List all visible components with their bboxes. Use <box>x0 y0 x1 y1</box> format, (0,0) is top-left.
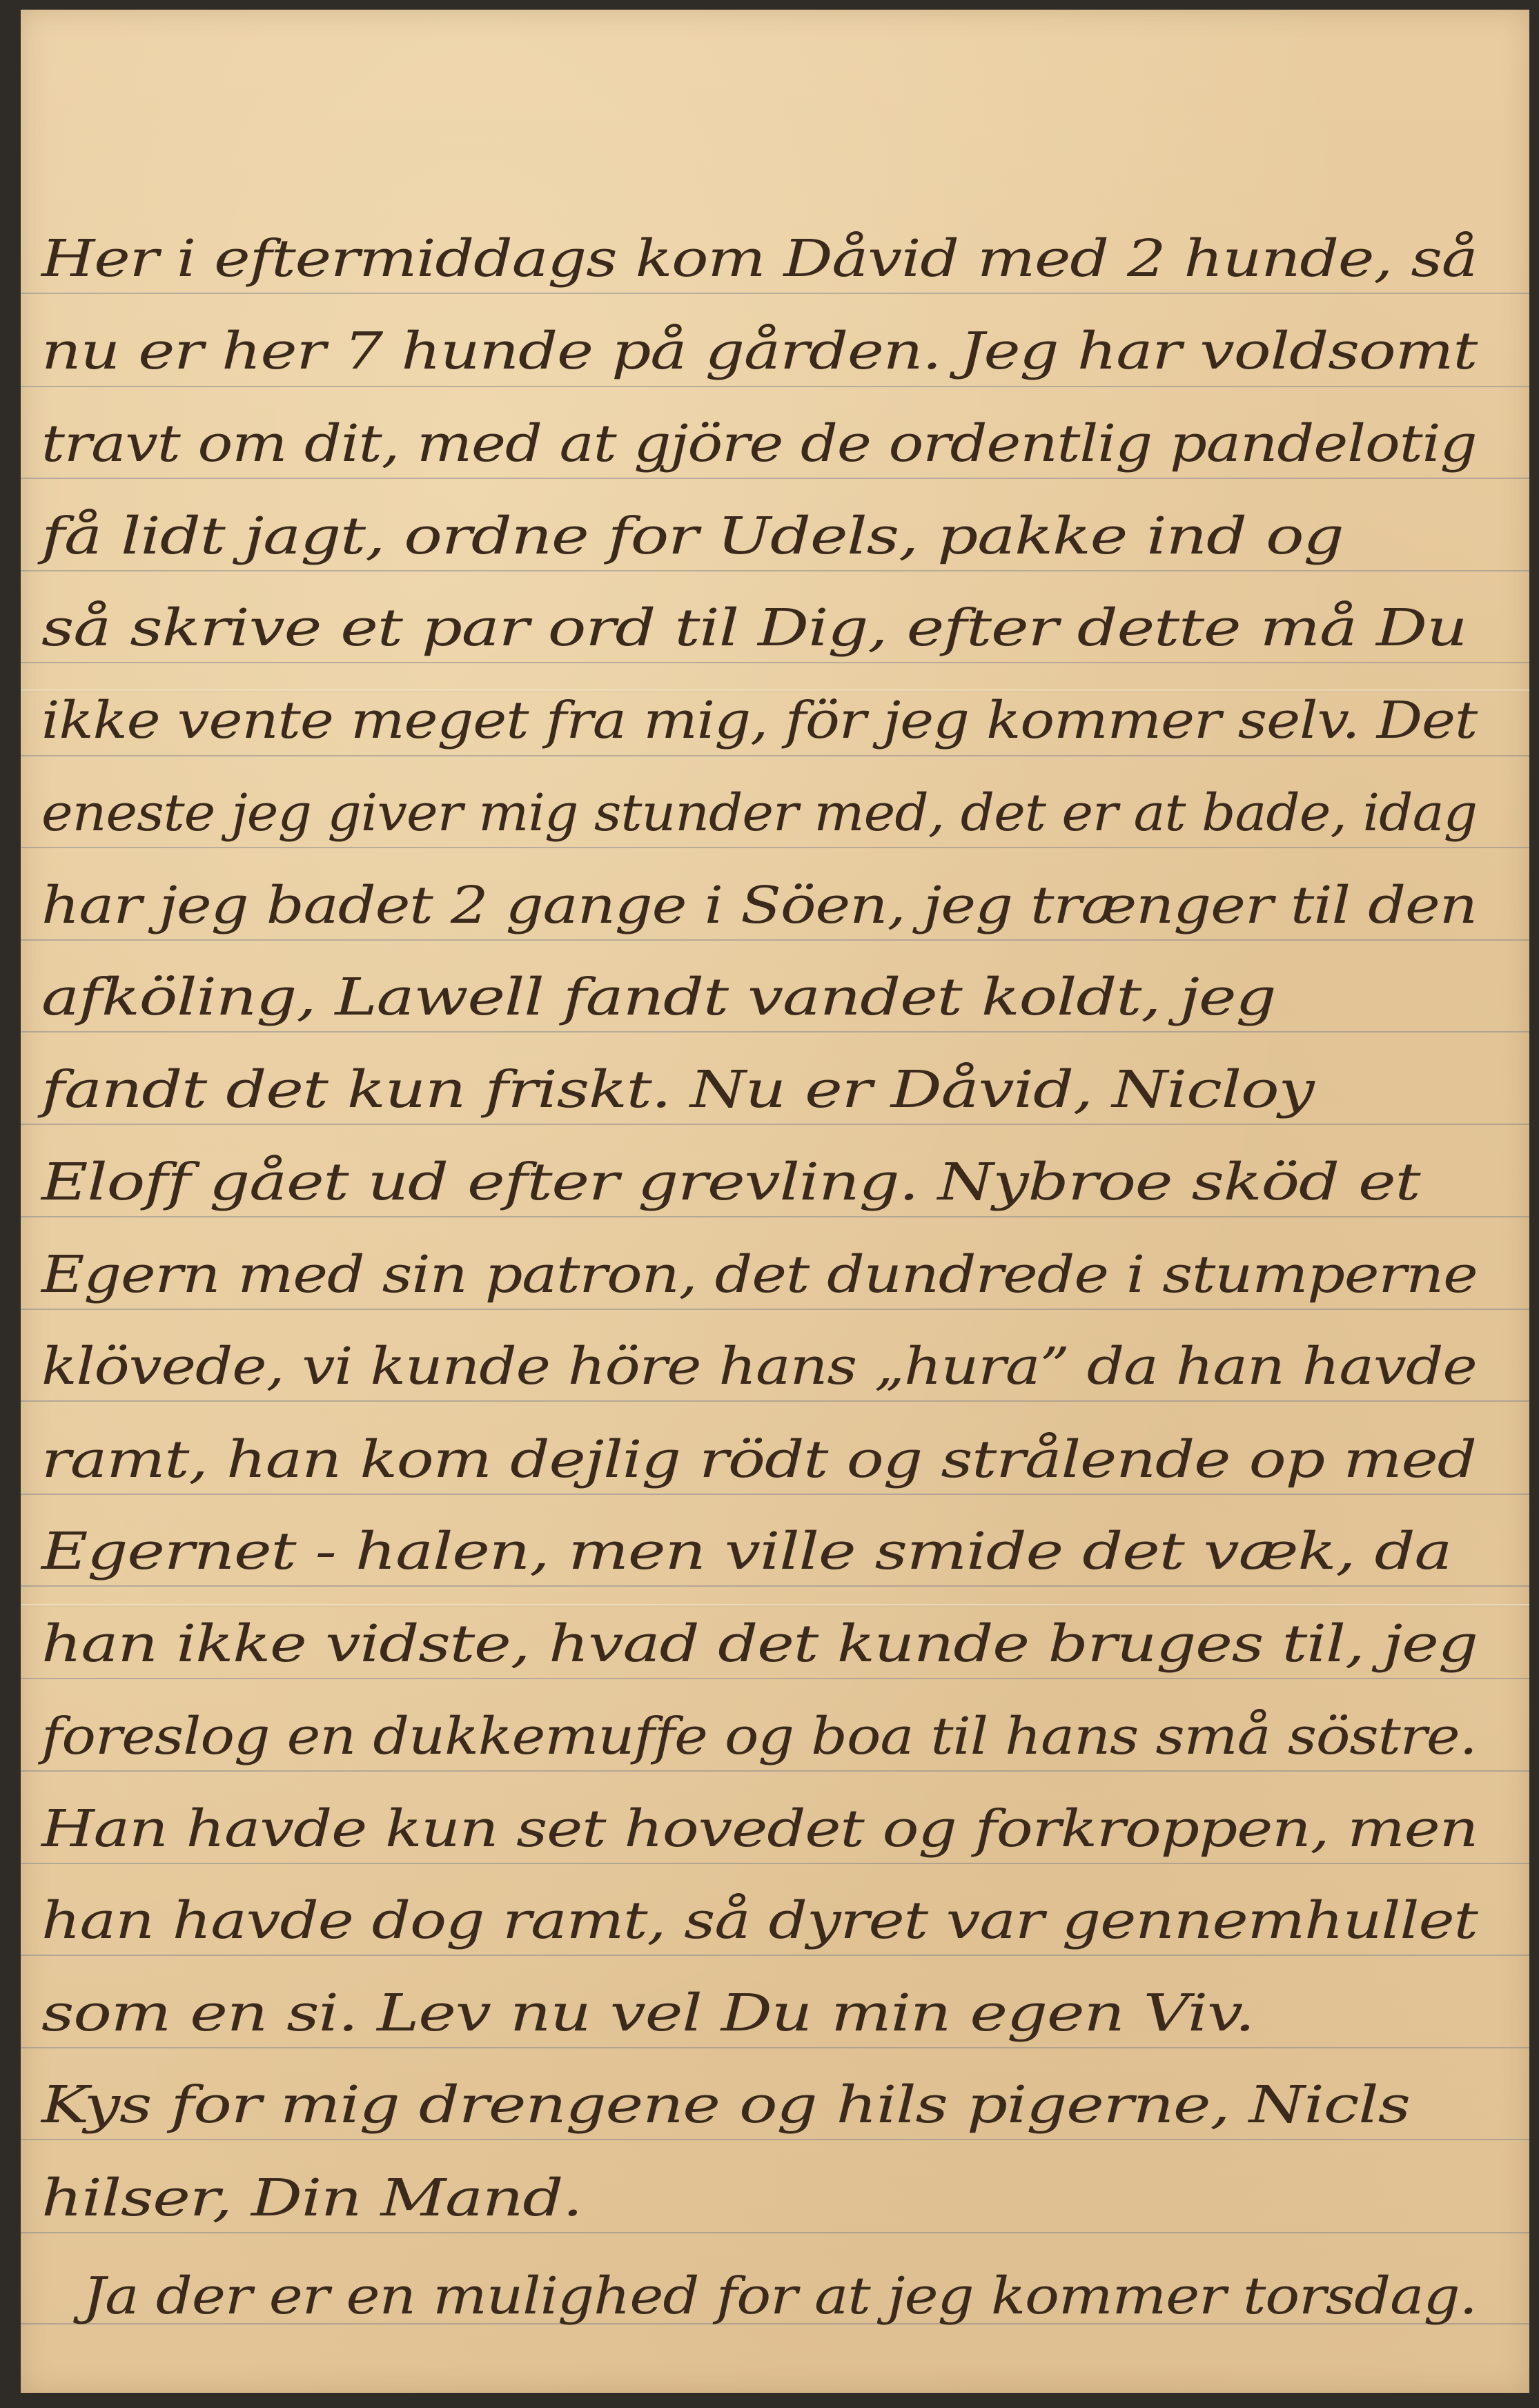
letter-line: Egernet - halen, men ville smide det væk… <box>41 1526 1451 1577</box>
paper-fold <box>21 1604 1529 1607</box>
letter-line: ramt, han kom dejlig rödt og strålende o… <box>41 1434 1476 1485</box>
ruled-line <box>21 1585 1529 1587</box>
letter-line: så skrive et par ord til Dig, efter dett… <box>41 603 1467 654</box>
letter-line: han havde dog ramt, så dyret var gennemh… <box>41 1895 1478 1946</box>
ruled-line <box>21 386 1529 387</box>
ruled-line <box>21 293 1529 294</box>
letter-line: foreslog en dukkemuffe og boa til hans s… <box>41 1711 1477 1762</box>
ruled-line <box>21 2139 1529 2140</box>
ruled-line <box>21 1400 1529 1402</box>
ruled-line <box>21 939 1529 941</box>
letter-line: ikke vente meget fra mig, för jeg kommer… <box>41 695 1477 746</box>
ruled-line <box>21 1955 1529 1956</box>
ruled-line <box>21 1494 1529 1495</box>
ruled-line <box>21 662 1529 663</box>
ruled-line <box>21 1678 1529 1679</box>
letter-line: eneste jeg giver mig stunder med, det er… <box>41 787 1477 839</box>
letter-line: Her i eftermiddags kom Dåvid med 2 hunde… <box>41 233 1477 284</box>
ruled-line <box>21 2047 1529 2048</box>
ruled-line <box>21 1770 1529 1772</box>
ruled-line <box>21 847 1529 848</box>
letter-line: fandt det kun friskt. Nu er Dåvid, Niclo… <box>41 1064 1313 1115</box>
ruled-line <box>21 1124 1529 1125</box>
letter-line: Egern med sin patron, det dundrede i stu… <box>41 1249 1478 1300</box>
ruled-line <box>21 1863 1529 1864</box>
letter-line: klövede, vi kunde höre hans „hura” da ha… <box>41 1341 1477 1392</box>
letter-line: Han havde kun set hovedet og forkroppen,… <box>41 1803 1478 1854</box>
letter-line: Eloff gået ud efter grevling. Nybroe skö… <box>41 1157 1420 1208</box>
ruled-line <box>21 478 1529 479</box>
ruled-line <box>21 570 1529 571</box>
letter-line: afköling, Lawell fandt vandet koldt, jeg <box>41 972 1275 1023</box>
letter-line: Kys for mig drengene og hils pigerne, Ni… <box>41 2079 1410 2131</box>
letter-line: har jeg badet 2 gange i Söen, jeg trænge… <box>41 880 1477 931</box>
ruled-line <box>21 755 1529 756</box>
letter-line: travt om dit, med at gjöre de ordentlig … <box>41 418 1476 469</box>
letter-line: nu er her 7 hunde på gården. Jeg har vol… <box>41 326 1477 377</box>
letter-line: få lidt jagt, ordne for Udels, pakke ind… <box>41 511 1343 562</box>
ruled-line <box>21 1031 1529 1032</box>
ruled-line <box>21 1309 1529 1310</box>
postscript-line: Ja der er en mulighed for at jeg kommer … <box>83 2271 1477 2322</box>
ruled-line <box>21 1216 1529 1217</box>
ruled-line <box>21 2232 1529 2233</box>
letter-line signature-line: hilser, Din Mand. <box>41 2173 582 2224</box>
letter-line: som en si. Lev nu vel Du min egen Viv. <box>41 1988 1254 2039</box>
letter-line: han ikke vidste, hvad det kunde bruges t… <box>41 1618 1478 1670</box>
